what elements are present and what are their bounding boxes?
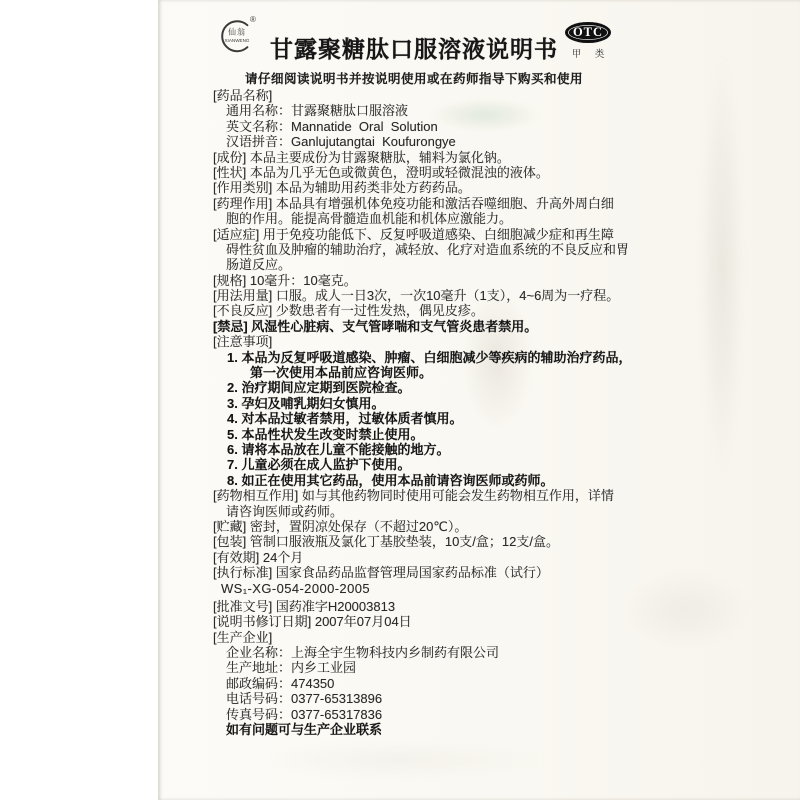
doc-line: [性状] 本品为几乎无色或微黄色，澄明或轻微混浊的液体。 xyxy=(213,165,615,180)
doc-line: 肠道反应。 xyxy=(226,257,615,272)
doc-line: 英文名称：Mannatide Oral Solution xyxy=(226,119,615,134)
doc-line: [药理作用] 本品具有增强机体免疫功能和激活吞噬细胞、升高外周白细 xyxy=(213,196,615,211)
doc-line: [生产企业] xyxy=(213,630,615,645)
doc-line: [贮藏] 密封，置阴凉处保存（不超过20℃）。 xyxy=(213,519,615,534)
fax-number: 传真号码：0377-65317836 xyxy=(226,707,615,722)
otc-category: 甲 类 xyxy=(565,46,613,60)
doc-line: [不良反应] 少数患者有一过性发热，偶见皮疹。 xyxy=(213,303,615,318)
doc-line: [禁忌] 风湿性心脏病、支气管哮喘和支气管炎患者禁用。 xyxy=(213,319,615,334)
phone-number: 电话号码：0377-65313896 xyxy=(226,691,615,706)
doc-line: [执行标准] 国家食品药品监督管理局国家药品标准（试行） xyxy=(213,565,615,580)
standard-code: WS₁-XG-054-2000-2005 xyxy=(221,581,615,596)
doc-line: [药物相互作用] 如与其他药物同时使用可能会发生药物相互作用，详情 xyxy=(213,488,615,503)
doc-line: [规格] 10毫升：10毫克。 xyxy=(213,273,615,288)
doc-line: 5. 本品性状发生改变时禁止使用。 xyxy=(227,427,615,442)
doc-line: 第一次使用本品前应咨询医师。 xyxy=(250,365,615,380)
registered-trademark-icon: ® xyxy=(250,15,256,24)
otc-oval-icon: OTC xyxy=(565,22,611,43)
doc-line: [作用类别] 本品为辅助用药类非处方药药品。 xyxy=(213,180,615,195)
manufacturer-name: 企业名称：上海全宇生物科技内乡制药有限公司 xyxy=(226,645,615,660)
doc-line: 通用名称：甘露聚糖肽口服溶液 xyxy=(226,103,615,118)
doc-line: 8. 如正在使用其它药品，使用本品前请咨询医师或药师。 xyxy=(227,473,615,488)
leaflet-content: 仙翁 XIANWENG ® 甘露聚糖肽口服溶液说明书 OTC 甲 类 请仔细阅读… xyxy=(213,0,615,800)
doc-line: [包装] 管制口服液瓶及氯化丁基胶垫装，10支/盒；12支/盒。 xyxy=(213,534,615,549)
doc-line: [成份] 本品主要成份为甘露聚糖肽，辅料为氯化钠。 xyxy=(213,150,615,165)
doc-line: 碍性贫血及肿瘤的辅助治疗，减轻放、化疗对造血系统的不良反应和胃 xyxy=(226,242,615,257)
doc-line: [注意事项] xyxy=(213,334,615,349)
doc-line: 3. 孕妇及哺乳期妇女慎用。 xyxy=(227,396,615,411)
document-body: [药品名称] 通用名称：甘露聚糖肽口服溶液 英文名称：Mannatide Ora… xyxy=(213,88,615,737)
manufacturer-address: 生产地址：内乡工业园 xyxy=(226,660,615,675)
doc-line: 汉语拼音：Ganlujutangtai Koufurongye xyxy=(226,134,615,149)
subtitle: 请仔细阅读说明书并按说明使用或在药师指导下购买和使用 xyxy=(213,69,615,87)
contact-note: 如有问题可与生产企业联系 xyxy=(226,722,615,737)
doc-line: 请咨询医师或药师。 xyxy=(226,504,615,519)
doc-line: 胞的作用。能提高骨髓造血机能和机体应激能力。 xyxy=(226,211,615,226)
postal-code: 邮政编码：474350 xyxy=(226,676,615,691)
approval-number: [批准文号] 国药准字H20003813 xyxy=(213,599,615,614)
doc-line: 1. 本品为反复呼吸道感染、肿瘤、白细胞减少等疾病的辅助治疗药品， xyxy=(227,350,615,365)
doc-line: 7. 儿童必须在成人监护下使用。 xyxy=(227,457,615,472)
doc-line: [药品名称] xyxy=(213,88,615,103)
doc-line: [有效期] 24个月 xyxy=(213,550,615,565)
doc-line: [适应症] 用于免疫功能低下、反复呼吸道感染、白细胞减少症和再生障 xyxy=(213,227,615,242)
page-title: 甘露聚糖肽口服溶液说明书 xyxy=(213,31,615,64)
doc-line: 6. 请将本品放在儿童不能接触的地方。 xyxy=(227,442,615,457)
revision-date: [说明书修订日期] 2007年07月04日 xyxy=(213,614,615,629)
otc-badge: OTC 甲 类 xyxy=(565,22,613,60)
doc-line: 2. 治疗期间应定期到医院检查。 xyxy=(227,380,615,395)
doc-line: [用法用量] 口服。成人一日3次，一次10毫升（1支），4~6周为一疗程。 xyxy=(213,288,615,303)
doc-line: 4. 对本品过敏者禁用，过敏体质者慎用。 xyxy=(227,411,615,426)
